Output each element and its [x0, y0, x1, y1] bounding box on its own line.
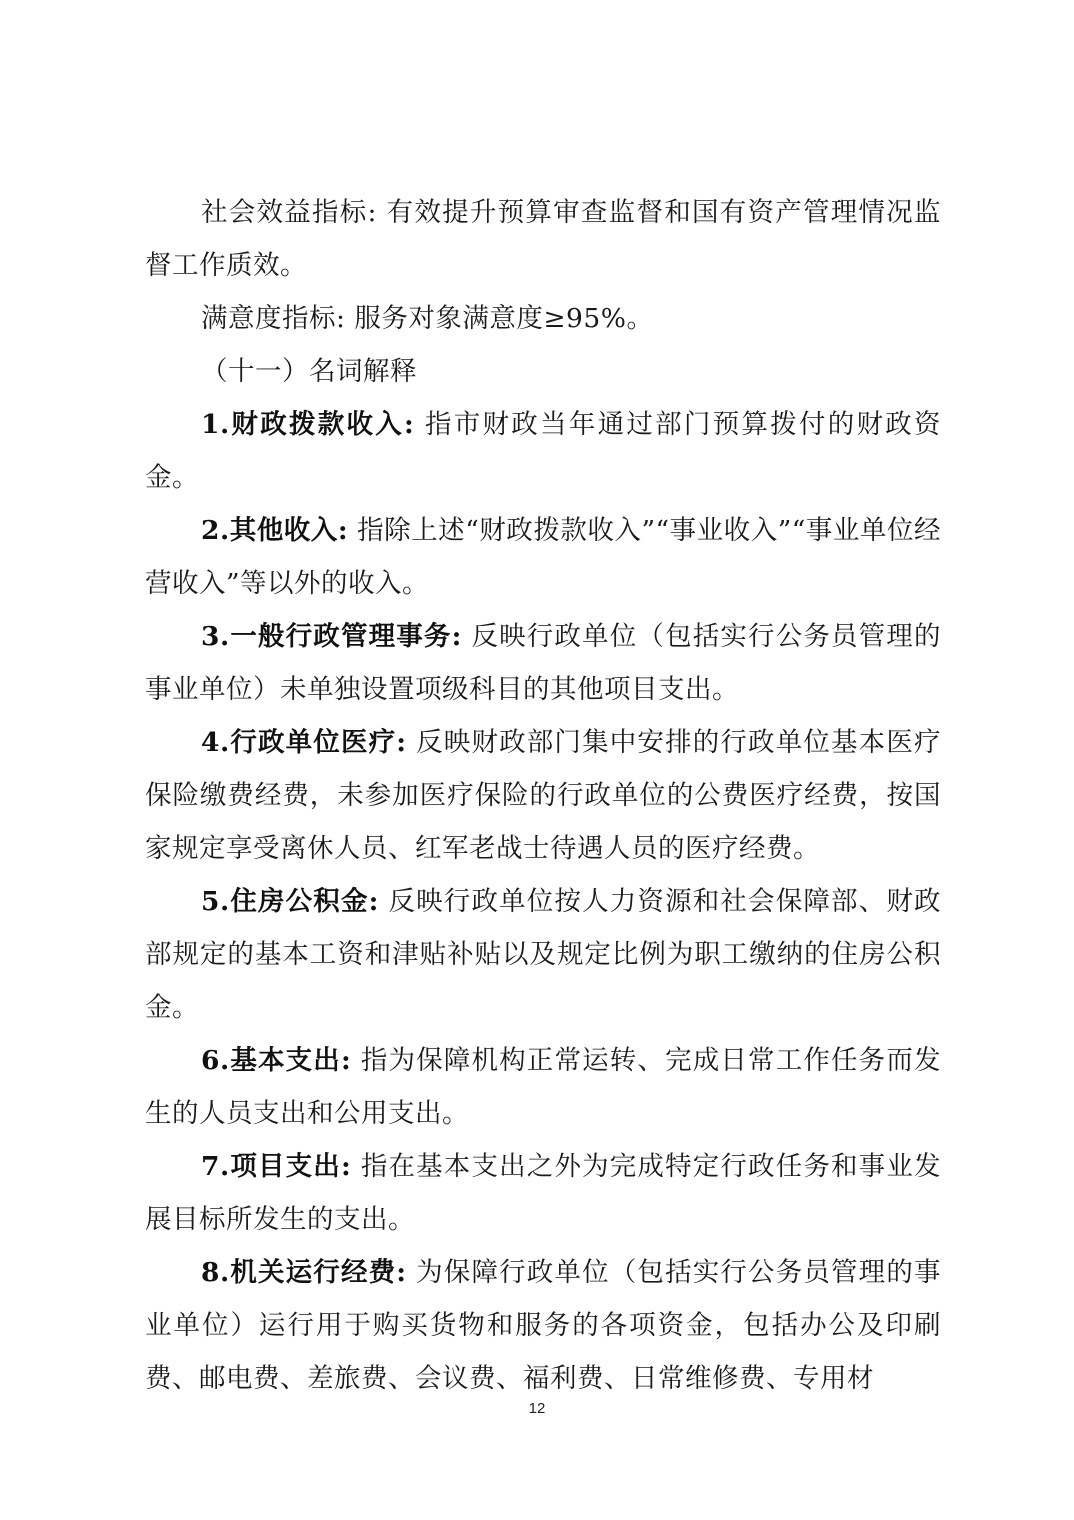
social-benefit-indicator: 社会效益指标: 有效提升预算审查监督和国有资产管理情况监督工作质效。 [145, 186, 941, 292]
satisfaction-indicator: 满意度指标: 服务对象满意度≥95%。 [145, 292, 941, 345]
paragraph-text: 满意度指标: 服务对象满意度≥95%。 [201, 303, 653, 334]
document-body: 社会效益指标: 有效提升预算审查监督和国有资产管理情况监督工作质效。 满意度指标… [145, 186, 941, 1405]
definition-item: 7.项目支出: 指在基本支出之外为完成特定行政任务和事业发展目标所发生的支出。 [145, 1140, 941, 1246]
definition-item: 4.行政单位医疗: 反映财政部门集中安排的行政单位基本医疗保险缴费经费，未参加医… [145, 716, 941, 875]
definition-item: 3.一般行政管理事务: 反映行政单位（包括实行公务员管理的事业单位）未单独设置项… [145, 610, 941, 716]
definition-term: 4.行政单位医疗: [201, 727, 407, 758]
definition-term: 5.住房公积金: [201, 886, 379, 917]
definition-term: 6.基本支出: [201, 1045, 351, 1076]
section-heading: （十一）名词解释 [145, 345, 941, 398]
definition-item: 5.住房公积金: 反映行政单位按人力资源和社会保障部、财政部规定的基本工资和津贴… [145, 875, 941, 1034]
definition-term: 1.财政拨款收入: [201, 409, 414, 440]
definition-term: 8.机关运行经费: [201, 1257, 407, 1288]
definition-item: 2.其他收入: 指除上述“财政拨款收入”“事业收入”“事业单位经营收入”等以外的… [145, 504, 941, 610]
definition-term: 3.一般行政管理事务: [201, 621, 462, 652]
definition-term: 2.其他收入: [201, 515, 348, 546]
definition-item: 8.机关运行经费: 为保障行政单位（包括实行公务员管理的事业单位）运行用于购买货… [145, 1246, 941, 1405]
page-number: 12 [0, 1400, 1074, 1417]
definition-term: 7.项目支出: [201, 1151, 351, 1182]
paragraph-text: 社会效益指标: 有效提升预算审查监督和国有资产管理情况监督工作质效。 [145, 197, 941, 281]
definition-item: 6.基本支出: 指为保障机构正常运转、完成日常工作任务而发生的人员支出和公用支出… [145, 1034, 941, 1140]
definition-item: 1.财政拨款收入: 指市财政当年通过部门预算拨付的财政资金。 [145, 398, 941, 504]
